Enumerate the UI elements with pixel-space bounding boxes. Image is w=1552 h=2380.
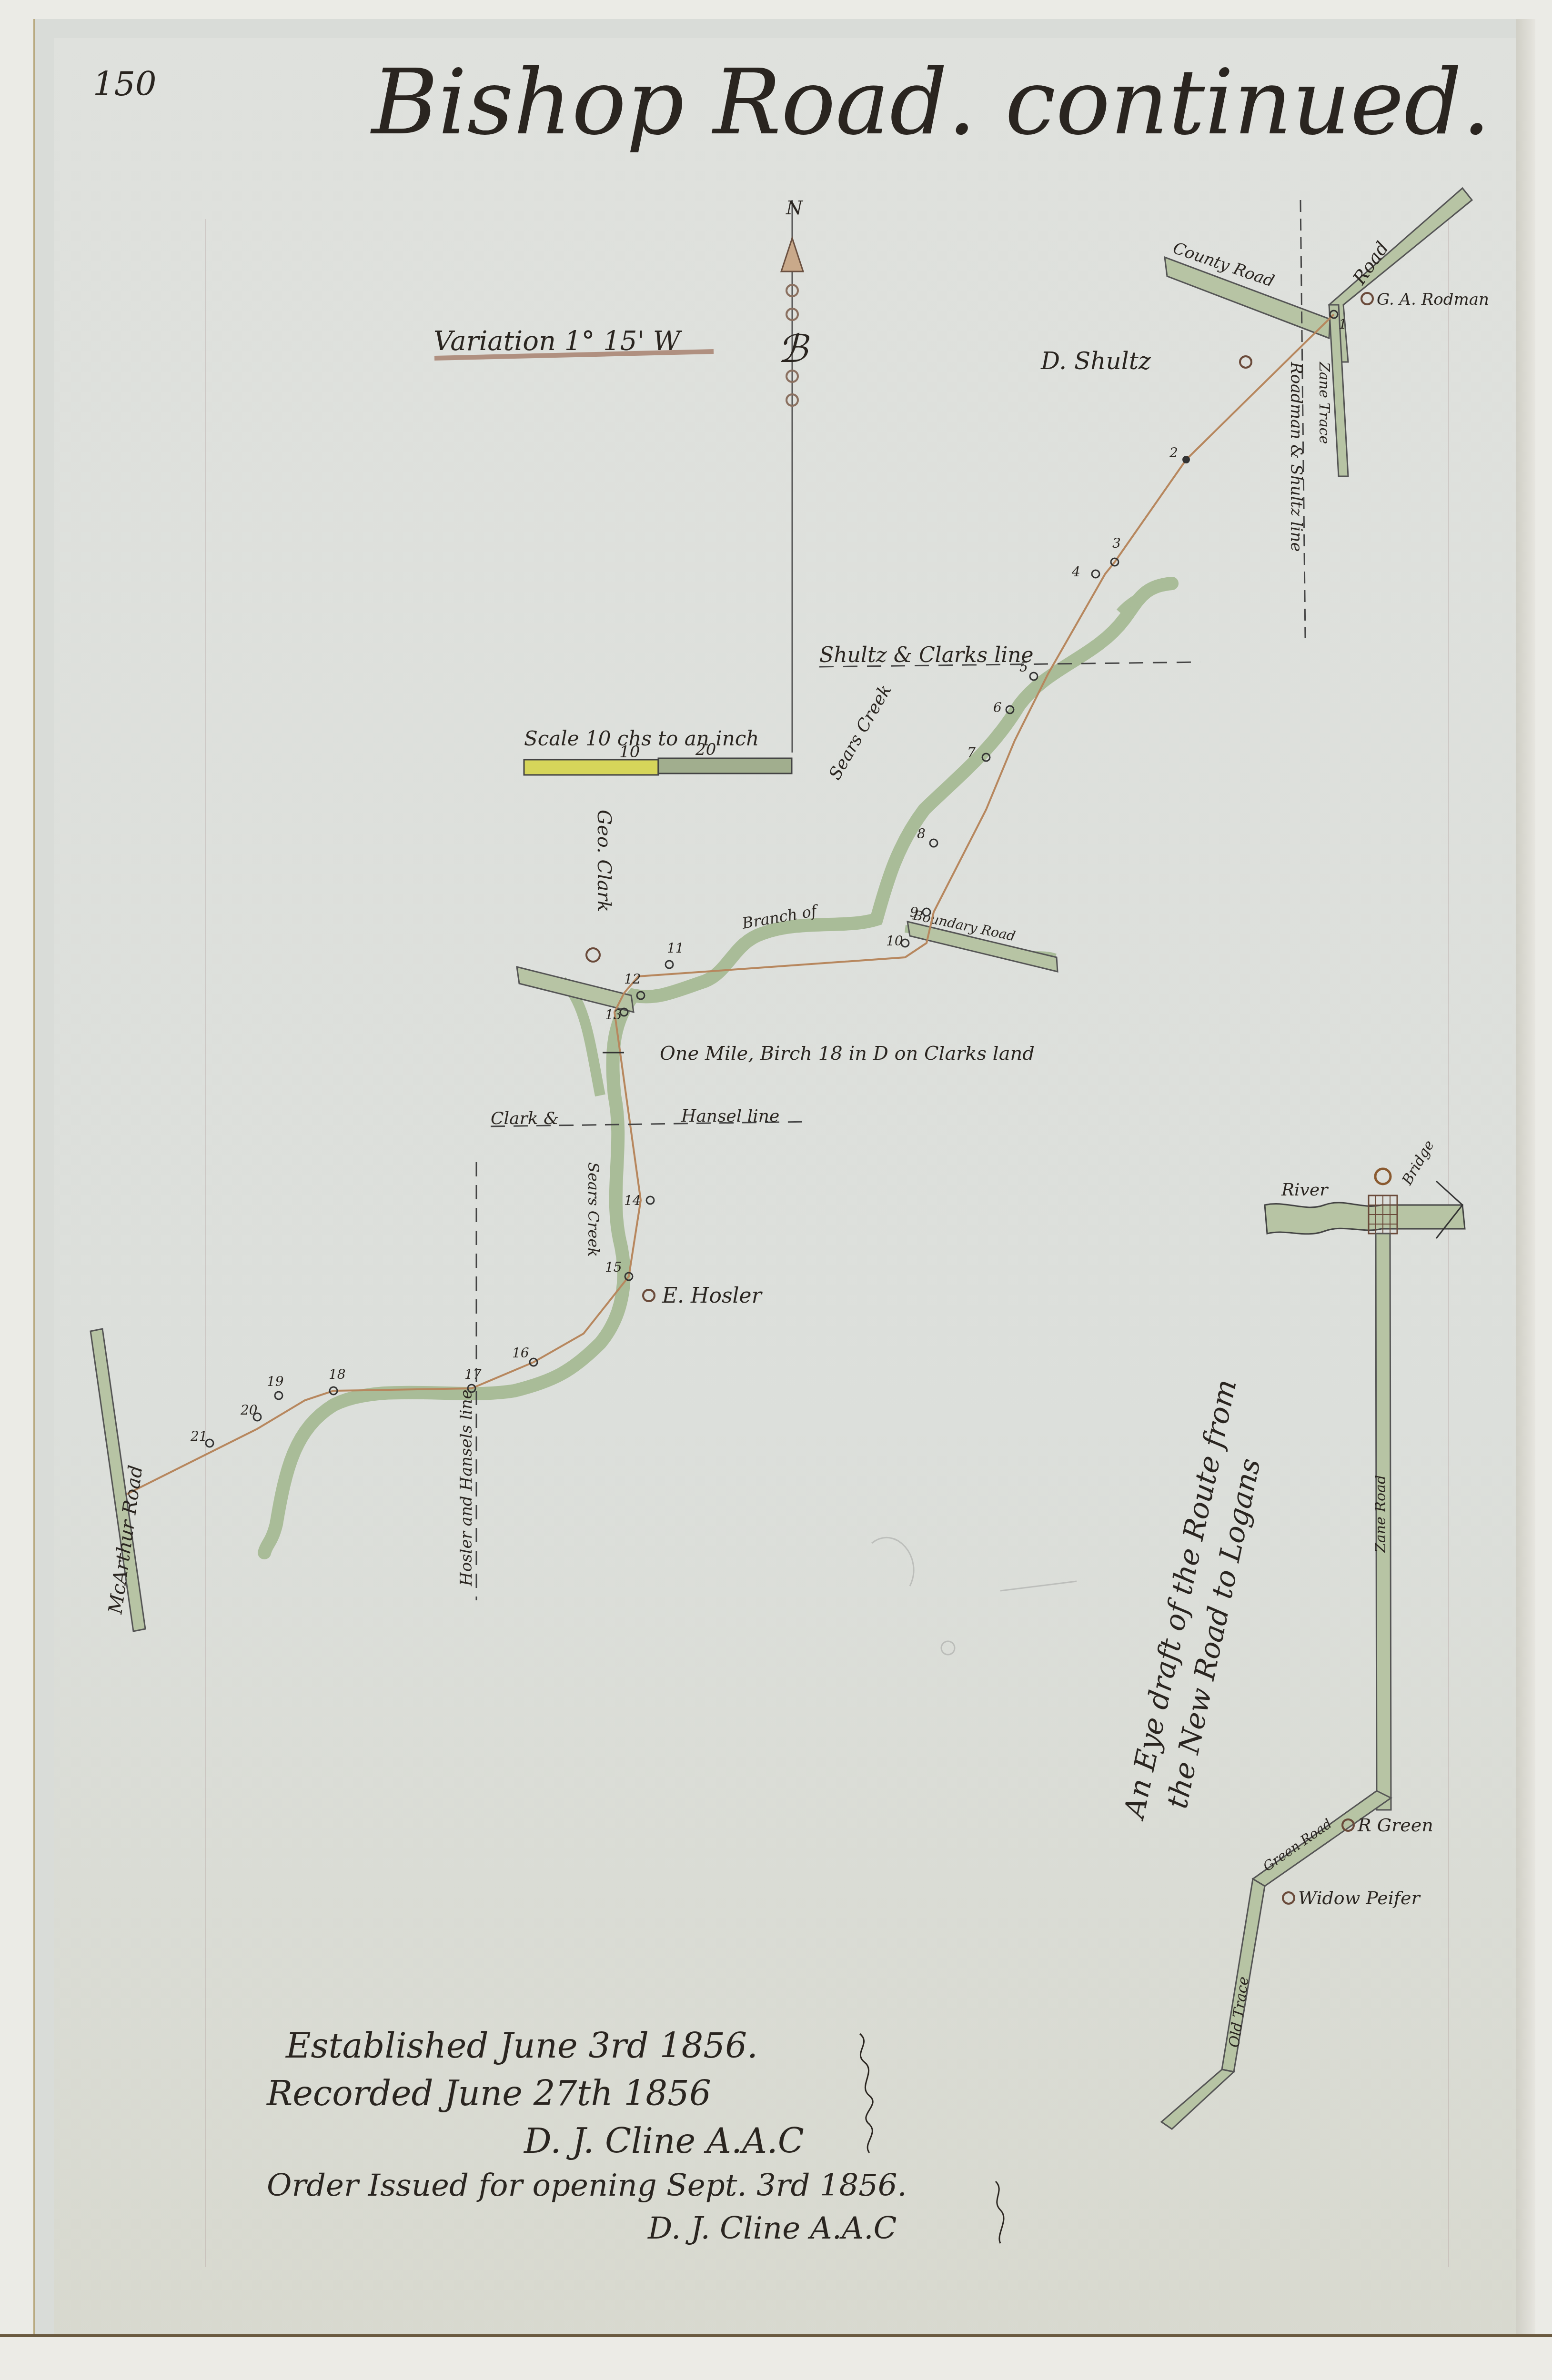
inset-caption: An Eye draft of the Route from the New R…	[1117, 1376, 1267, 1823]
inset-zane-road: Zane Road	[1372, 1234, 1391, 1810]
survey-route	[119, 314, 1334, 1498]
variation-note: Variation 1° 15' W	[433, 326, 714, 358]
mcarthur-road: McArthur Road	[91, 1329, 147, 1631]
svg-text:10: 10	[619, 743, 640, 762]
svg-text:Geo. Clark: Geo. Clark	[593, 810, 615, 912]
svg-text:Hansel line: Hansel line	[681, 1106, 779, 1126]
house-marker-hosler: E. Hosler	[643, 1284, 763, 1308]
page-title: Bishop Road. continued.	[370, 50, 1491, 155]
svg-text:D. Shultz: D. Shultz	[1040, 347, 1151, 375]
svg-text:12: 12	[624, 971, 641, 987]
house-marker-rodman: G. A. Rodman	[1361, 290, 1489, 309]
clark-hansel-line: Clark & Hansel line	[491, 1106, 810, 1128]
inset-river: River Bridge	[1265, 1137, 1465, 1238]
scale-bar: Scale 10 chs to an inch 10 20	[524, 727, 792, 775]
svg-text:Widow Peifer: Widow Peifer	[1298, 1888, 1421, 1908]
svg-text:7: 7	[967, 745, 976, 761]
svg-text:21: 21	[190, 1428, 208, 1444]
established-note: Established June 3rd 1856.	[285, 2026, 758, 2066]
svg-text:18: 18	[329, 1366, 346, 1382]
svg-text:17: 17	[464, 1366, 482, 1382]
svg-text:G. A. Rodman: G. A. Rodman	[1377, 290, 1489, 309]
svg-text:Scale 10 chs to an inch: Scale 10 chs to an inch	[524, 727, 759, 750]
svg-text:Sears Creek: Sears Creek	[585, 1162, 603, 1257]
svg-text:Zane Trace: Zane Trace	[1316, 362, 1332, 444]
county-road: County Road	[1165, 239, 1330, 338]
svg-text:Hosler and Hansels line: Hosler and Hansels line	[457, 1389, 476, 1587]
signature-2: D. J. Cline A.A.C	[647, 2211, 897, 2246]
svg-text:20: 20	[240, 1402, 258, 1418]
house-marker-shultz: D. Shultz	[1040, 347, 1251, 375]
svg-text:14: 14	[624, 1193, 641, 1208]
svg-text:8: 8	[917, 826, 926, 842]
svg-text:Bridge: Bridge	[1399, 1137, 1438, 1188]
house-marker-peifer: Widow Peifer	[1283, 1888, 1421, 1908]
station-markers: 1 2 3 4 5 6 7 8 9 10 11 12 13 14 15 16 1…	[190, 311, 1347, 1447]
svg-text:River: River	[1281, 1180, 1329, 1200]
svg-text:Old Trace: Old Trace	[1226, 1976, 1252, 2049]
svg-text:19: 19	[267, 1374, 284, 1389]
svg-text:2: 2	[1169, 445, 1178, 461]
svg-text:Zane Road: Zane Road	[1372, 1475, 1389, 1553]
svg-text:N: N	[786, 197, 804, 219]
svg-text:Roadman & Shultz line: Roadman & Shultz line	[1287, 362, 1306, 552]
recorded-note: Recorded June 27th 1856	[266, 2073, 711, 2113]
svg-text:4: 4	[1071, 564, 1080, 580]
bridge-icon	[1369, 1169, 1397, 1234]
svg-text:11: 11	[667, 940, 684, 956]
svg-text:15: 15	[605, 1259, 622, 1275]
svg-text:6: 6	[993, 700, 1002, 715]
svg-text:Shultz & Clarks line: Shultz & Clarks line	[819, 643, 1034, 667]
one-mile-note: One Mile, Birch 18 in D on Clarks land	[603, 1043, 1035, 1064]
svg-text:13: 13	[605, 1007, 622, 1023]
zane-trace-road: Road Zane Trace	[1316, 188, 1472, 476]
svg-text:Clark &: Clark &	[491, 1109, 559, 1128]
svg-text:E. Hosler: E. Hosler	[662, 1284, 763, 1308]
boundary-road: Boundary Road	[907, 907, 1058, 972]
book-edge	[0, 2334, 1552, 2380]
roadman-shultz-line: Roadman & Shultz line	[1287, 200, 1306, 638]
svg-text:ℬ: ℬ	[777, 327, 810, 371]
svg-text:Sears Creek: Sears Creek	[825, 681, 895, 783]
order-note: Order Issued for opening Sept. 3rd 1856.	[267, 2168, 907, 2203]
signature-1: D. J. Cline A.A.C	[523, 2121, 804, 2161]
svg-text:R Green: R Green	[1357, 1815, 1433, 1836]
inset-green-road: Green Road Old Trace	[1161, 1791, 1391, 2129]
svg-text:10: 10	[886, 933, 903, 949]
record-notes: Established June 3rd 1856. Recorded June…	[266, 2026, 1004, 2246]
page-number: 150	[93, 64, 157, 103]
north-arrow-icon: ℬ N	[777, 197, 810, 753]
svg-text:1: 1	[1339, 316, 1347, 332]
pencil-sketch	[872, 1537, 1077, 1655]
svg-text:16: 16	[512, 1345, 529, 1361]
house-marker-clark: Geo. Clark	[586, 810, 615, 962]
svg-text:3: 3	[1112, 535, 1121, 551]
svg-text:One Mile, Birch 18 in D on Cla: One Mile, Birch 18 in D on Clarks land	[660, 1043, 1035, 1064]
svg-text:20: 20	[695, 740, 716, 759]
survey-map: 150 Bishop Road. continued. Variation 1°…	[0, 0, 1552, 2380]
shultz-clarks-line: Shultz & Clarks line	[819, 643, 1200, 667]
svg-text:9: 9	[910, 904, 918, 920]
